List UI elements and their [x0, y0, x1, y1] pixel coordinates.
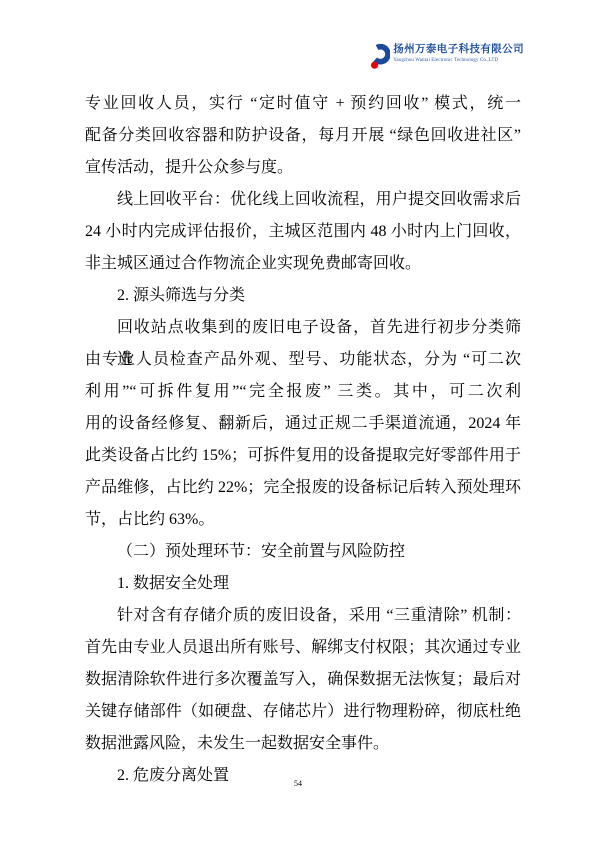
- text-line: 由专业人员检查产品外观、型号、功能状态，分为 “可二次: [85, 344, 521, 376]
- logo-mark-icon: [370, 43, 390, 70]
- logo-text: 扬州万泰电子科技有限公司 Yangzhou Wantai Electronic …: [393, 43, 524, 64]
- document-page: 扬州万泰电子科技有限公司 Yangzhou Wantai Electronic …: [0, 0, 596, 842]
- text-line: 24 小时内完成评估报价，主城区范围内 48 小时内上门回收，: [85, 216, 521, 248]
- company-logo: 扬州万泰电子科技有限公司 Yangzhou Wantai Electronic …: [370, 43, 524, 70]
- text-line: 宣传活动，提升公众参与度。: [85, 152, 521, 184]
- company-name-en: Yangzhou Wantai Electronic Technology Co…: [393, 57, 524, 64]
- heading-line: （二）预处理环节：安全前置与风险防控: [85, 536, 521, 568]
- company-name-cn: 扬州万泰电子科技有限公司: [393, 43, 524, 56]
- text-line: 此类设备占比约 15%；可拆件复用的设备提取完好零部件用于: [85, 440, 521, 472]
- text-line: 回收站点收集到的废旧电子设备，首先进行初步分类筛选：: [85, 312, 521, 344]
- text-line: 非主城区通过合作物流企业实现免费邮寄回收。: [85, 248, 521, 280]
- text-line: 产品维修，占比约 22%；完全报废的设备标记后转入预处理环: [85, 472, 521, 504]
- page-number: 54: [0, 779, 596, 789]
- text-line: 线上回收平台：优化线上回收流程，用户提交回收需求后: [85, 184, 521, 216]
- text-line: 首先由专业人员退出所有账号、解绑支付权限；其次通过专业: [85, 632, 521, 664]
- text-line: 针对含有存储介质的废旧设备，采用 “三重清除” 机制：: [85, 600, 521, 632]
- text-line: 配备分类回收容器和防护设备，每月开展 “绿色回收进社区”: [85, 120, 521, 152]
- text-line: 专业回收人员，实行 “定时值守 + 预约回收” 模式，统一: [85, 88, 521, 120]
- heading-line: 2. 源头筛选与分类: [85, 280, 521, 312]
- heading-line: 1. 数据安全处理: [85, 568, 521, 600]
- text-line: 节，占比约 63%。: [85, 504, 521, 536]
- text-line: 关键存储部件（如硬盘、存储芯片）进行物理粉碎，彻底杜绝: [85, 696, 521, 728]
- text-line: 数据清除软件进行多次覆盖写入，确保数据无法恢复；最后对: [85, 664, 521, 696]
- document-body: 专业回收人员，实行 “定时值守 + 预约回收” 模式，统一 配备分类回收容器和防…: [85, 88, 521, 792]
- text-line: 数据泄露风险，未发生一起数据安全事件。: [85, 728, 521, 760]
- text-line: 用的设备经修复、翻新后，通过正规二手渠道流通，2024 年: [85, 408, 521, 440]
- text-line: 利用”“可拆件复用”“完全报废” 三类。其中，可二次利: [85, 376, 521, 408]
